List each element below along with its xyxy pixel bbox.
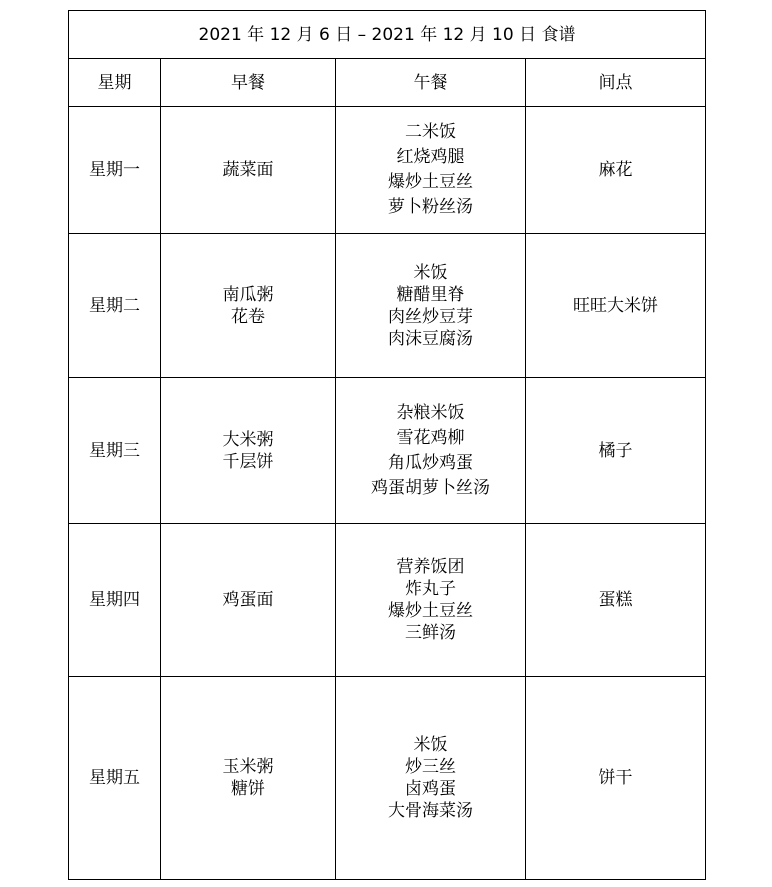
day-cell: 星期四 [69,524,161,677]
table-row: 星期三 大米粥千层饼 杂粮米饭雪花鸡柳角瓜炒鸡蛋鸡蛋胡萝卜丝汤 橘子 [69,378,706,524]
header-day: 星期 [69,59,161,107]
header-lunch: 午餐 [336,59,526,107]
snack-cell: 旺旺大米饼 [526,234,706,378]
snack-cell: 麻花 [526,107,706,234]
table-row: 星期二 南瓜粥花卷 米饭糖醋里脊肉丝炒豆芽肉沫豆腐汤 旺旺大米饼 [69,234,706,378]
menu-title: 2021 年 12 月 6 日 – 2021 年 12 月 10 日 食谱 [69,11,706,59]
snack-cell: 橘子 [526,378,706,524]
lunch-cell: 米饭炒三丝卤鸡蛋大骨海菜汤 [336,677,526,880]
breakfast-cell: 大米粥千层饼 [161,378,336,524]
breakfast-cell: 蔬菜面 [161,107,336,234]
lunch-cell: 营养饭团炸丸子爆炒土豆丝三鲜汤 [336,524,526,677]
breakfast-cell: 鸡蛋面 [161,524,336,677]
header-breakfast: 早餐 [161,59,336,107]
day-cell: 星期二 [69,234,161,378]
day-cell: 星期三 [69,378,161,524]
day-cell: 星期一 [69,107,161,234]
snack-cell: 饼干 [526,677,706,880]
table-row: 星期一 蔬菜面 二米饭红烧鸡腿爆炒土豆丝萝卜粉丝汤 麻花 [69,107,706,234]
snack-cell: 蛋糕 [526,524,706,677]
lunch-cell: 二米饭红烧鸡腿爆炒土豆丝萝卜粉丝汤 [336,107,526,234]
table-row: 星期四 鸡蛋面 营养饭团炸丸子爆炒土豆丝三鲜汤 蛋糕 [69,524,706,677]
header-snack: 间点 [526,59,706,107]
breakfast-cell: 南瓜粥花卷 [161,234,336,378]
lunch-cell: 米饭糖醋里脊肉丝炒豆芽肉沫豆腐汤 [336,234,526,378]
weekly-menu-table: 2021 年 12 月 6 日 – 2021 年 12 月 10 日 食谱 星期… [68,10,706,880]
lunch-cell: 杂粮米饭雪花鸡柳角瓜炒鸡蛋鸡蛋胡萝卜丝汤 [336,378,526,524]
day-cell: 星期五 [69,677,161,880]
breakfast-cell: 玉米粥糖饼 [161,677,336,880]
table-row: 星期五 玉米粥糖饼 米饭炒三丝卤鸡蛋大骨海菜汤 饼干 [69,677,706,880]
